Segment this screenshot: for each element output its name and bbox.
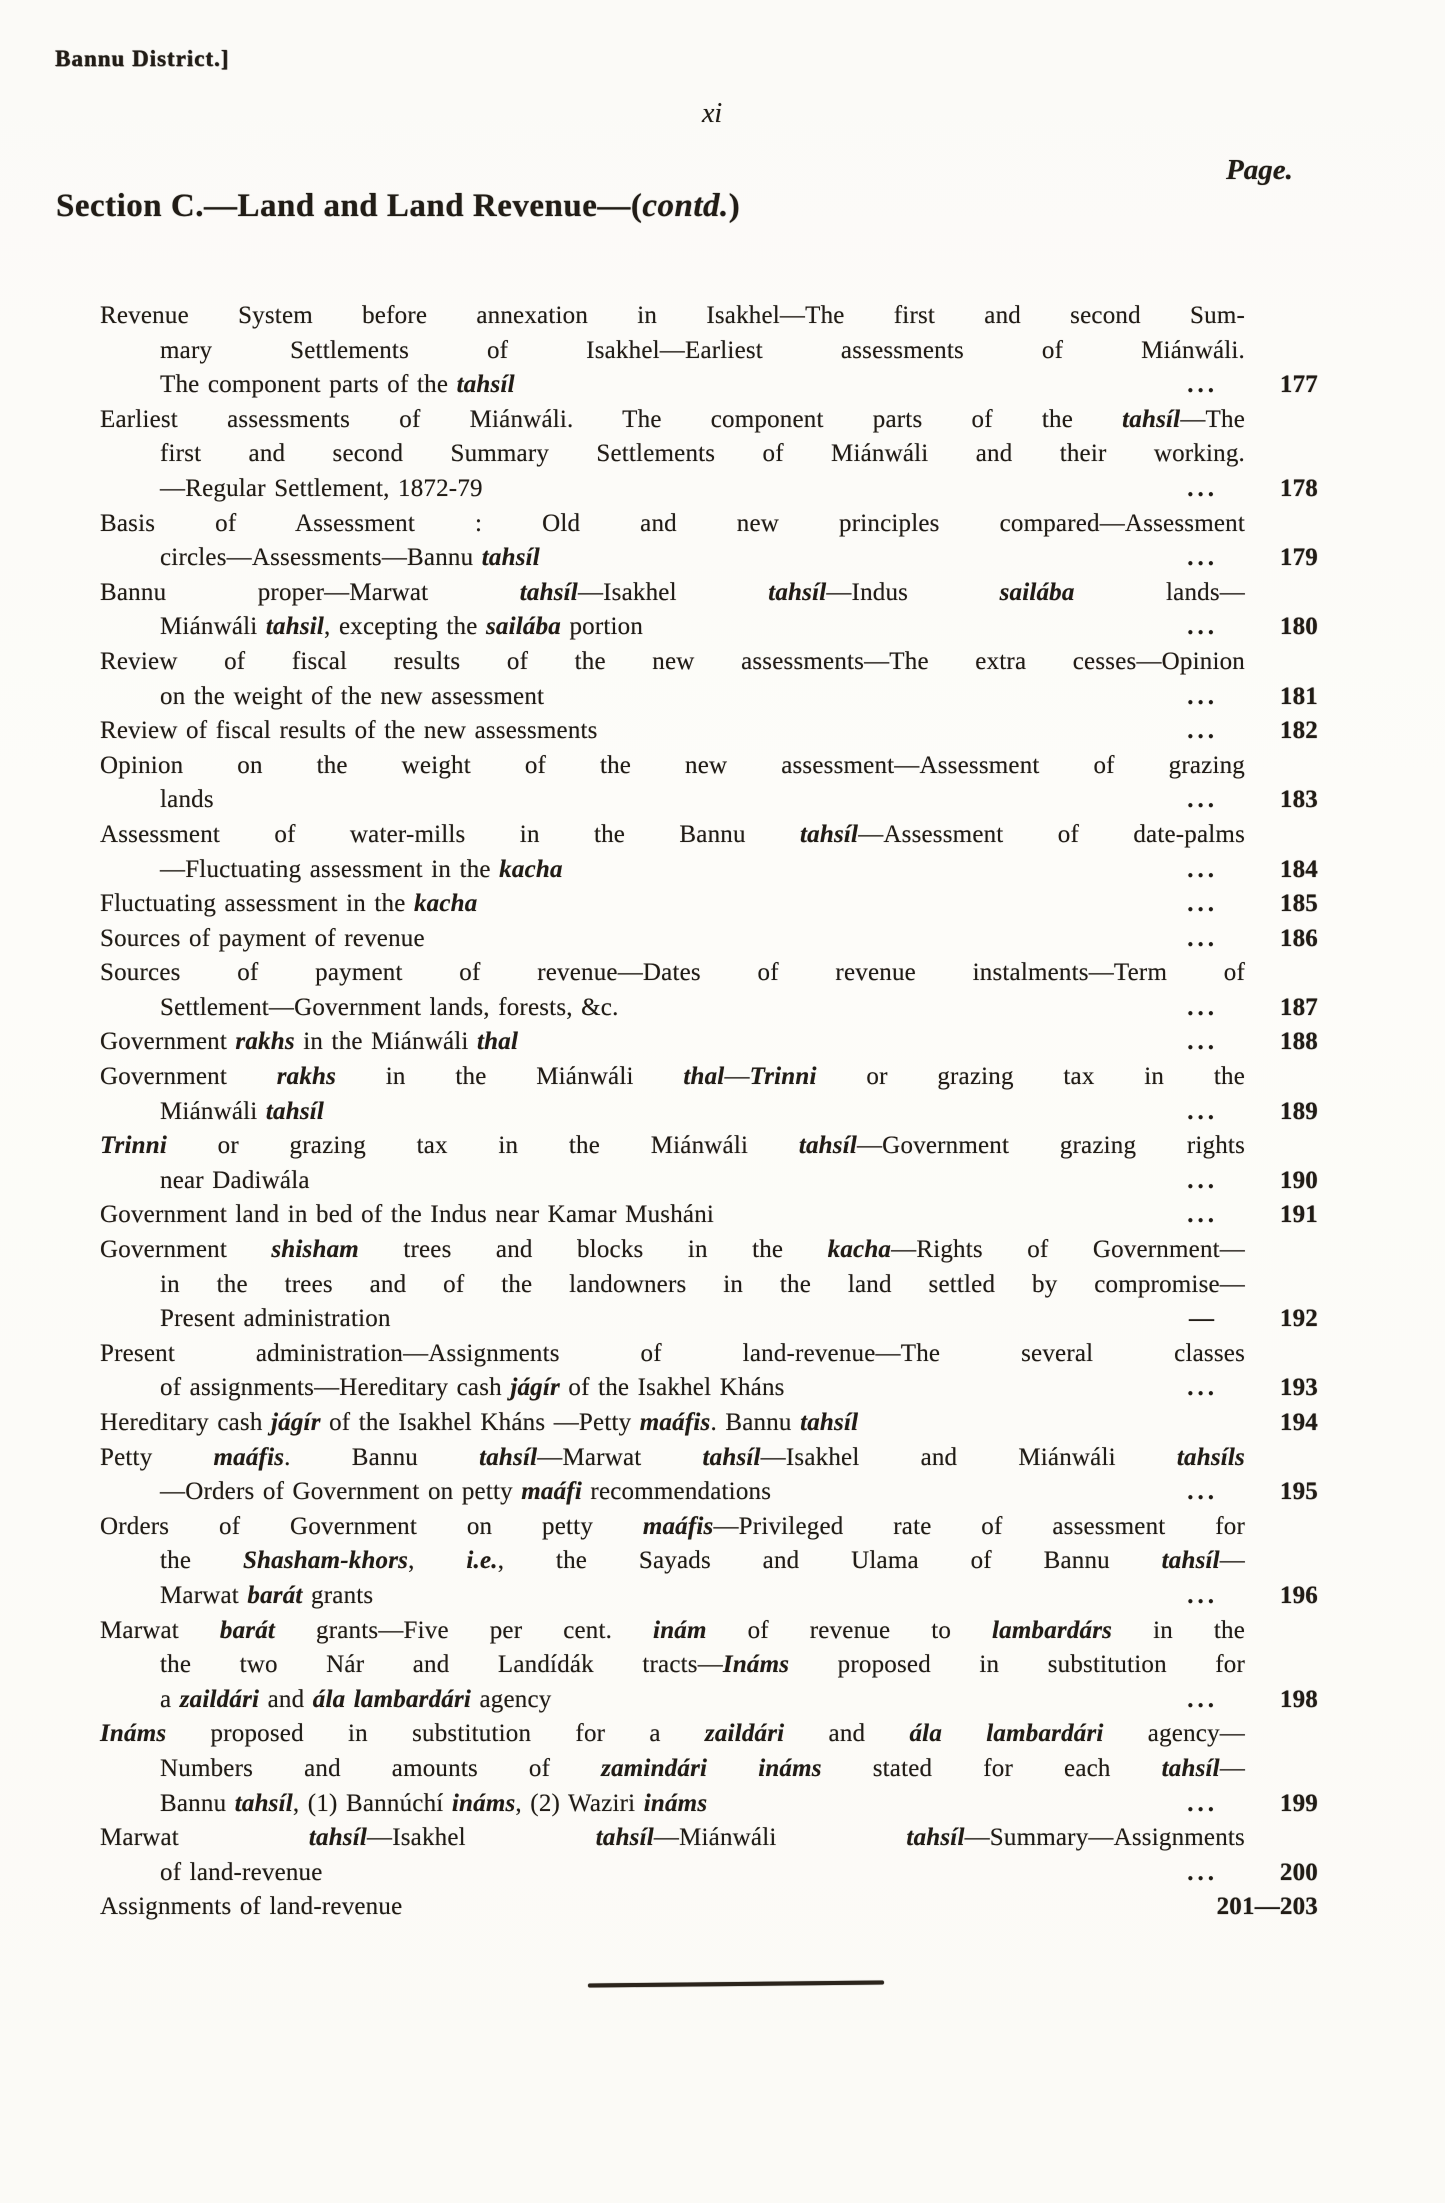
toc-entry-text: —Orders of Government on petty maáfi rec… <box>160 1475 771 1510</box>
toc-entry: Trinni or grazing tax in the Miánwáli ta… <box>100 1129 1318 1198</box>
toc-entry: Marwat barát grants—Five per cent. inám … <box>100 1614 1318 1718</box>
toc-entry-text: Hereditary cash jágír of the Isakhel Khá… <box>100 1406 858 1441</box>
toc-entry: Government rakhs in the Miánwáli thal...… <box>100 1025 1318 1060</box>
toc-entry: Opinion on the weight of the new assessm… <box>100 749 1318 818</box>
toc-line: a zaildári and ála lambardári agency...1… <box>100 1683 1318 1718</box>
toc-line: circles—Assessments—Bannu tahsíl...179 <box>100 541 1318 576</box>
toc-line: Review of fiscal results of the new asse… <box>100 645 1245 680</box>
toc-entry: Government land in bed of the Indus near… <box>100 1198 1318 1233</box>
toc-entry-text: near Dadiwála <box>160 1164 310 1199</box>
toc-line: on the weight of the new assessment...18… <box>100 680 1318 715</box>
toc-line: Hereditary cash jágír of the Isakhel Khá… <box>100 1406 1318 1441</box>
toc-entry: Earliest assessments of Miánwáli. The co… <box>100 403 1318 507</box>
page-number: 199 <box>1236 1787 1318 1822</box>
page-number: 190 <box>1236 1164 1318 1199</box>
section-heading: Section C.—Land and Land Revenue—(contd.… <box>56 188 740 225</box>
toc-line: Revenue System before annexation in Isak… <box>100 299 1245 334</box>
toc-entry-text: Present administration <box>160 1302 391 1337</box>
page-number: 186 <box>1236 922 1318 957</box>
toc-line: lands...183 <box>100 783 1318 818</box>
page-number: 178 <box>1236 472 1318 507</box>
dot-leader: ... <box>1187 922 1236 957</box>
toc-entry: Government shisham trees and blocks in t… <box>100 1233 1318 1337</box>
dot-leader: ... <box>1187 1371 1236 1406</box>
toc-line: of land-revenue...200 <box>100 1856 1318 1891</box>
toc-line: —Regular Settlement, 1872-79...178 <box>100 472 1318 507</box>
toc-entry-text: The component parts of the tahsíl <box>160 368 515 403</box>
table-of-contents: Revenue System before annexation in Isak… <box>100 299 1318 1925</box>
toc-line: Sources of payment of revenue—Dates of r… <box>100 956 1245 991</box>
toc-entry-text: on the weight of the new assessment <box>160 680 544 715</box>
toc-line: Government shisham trees and blocks in t… <box>100 1233 1245 1268</box>
toc-line: Marwat barát grants—Five per cent. inám … <box>100 1614 1245 1649</box>
toc-line: Government rakhs in the Miánwáli thal...… <box>100 1025 1318 1060</box>
toc-entry-text: a zaildári and ála lambardári agency <box>160 1683 552 1718</box>
page-number: 200 <box>1236 1856 1318 1891</box>
toc-entry: Assignments of land-revenue201—203 <box>100 1890 1318 1925</box>
dot-leader: ... <box>1187 887 1236 922</box>
toc-entry-text: Assignments of land-revenue <box>100 1890 402 1925</box>
toc-entry: Present administration—Assignments of la… <box>100 1337 1318 1406</box>
page-number: 181 <box>1236 680 1318 715</box>
toc-line: Miánwáli tahsil, excepting the sailába p… <box>100 610 1318 645</box>
page-number: 183 <box>1236 783 1318 818</box>
dot-leader: ... <box>1187 1683 1236 1718</box>
page-number: 184 <box>1236 853 1318 888</box>
toc-line: Marwat tahsíl—Isakhel tahsíl—Miánwáli ta… <box>100 1821 1245 1856</box>
toc-entry-text: of assignments—Hereditary cash jágír of … <box>160 1371 785 1406</box>
page-number: 195 <box>1236 1475 1318 1510</box>
toc-entry-text: circles—Assessments—Bannu tahsíl <box>160 541 540 576</box>
toc-line: Petty maáfis. Bannu tahsíl—Marwat tahsíl… <box>100 1441 1245 1476</box>
toc-line: Bannu tahsíl, (1) Bannúchí ináms, (2) Wa… <box>100 1787 1318 1822</box>
page-number: 191 <box>1236 1198 1318 1233</box>
toc-entry-text: Fluctuating assessment in the kacha <box>100 887 477 922</box>
toc-entry-text: Marwat barát grants <box>160 1579 373 1614</box>
toc-line: Basis of Assessment : Old and new princi… <box>100 507 1245 542</box>
toc-entry: Fluctuating assessment in the kacha...18… <box>100 887 1318 922</box>
page-number: 177 <box>1236 368 1318 403</box>
toc-entry: Revenue System before annexation in Isak… <box>100 299 1318 403</box>
toc-entry-text: lands <box>160 783 214 818</box>
toc-line: The component parts of the tahsíl...177 <box>100 368 1318 403</box>
toc-line: —Fluctuating assessment in the kacha...1… <box>100 853 1318 888</box>
toc-line: —Orders of Government on petty maáfi rec… <box>100 1475 1318 1510</box>
toc-line: of assignments—Hereditary cash jágír of … <box>100 1371 1318 1406</box>
page-number: 192 <box>1236 1302 1318 1337</box>
dot-leader: ... <box>1187 541 1236 576</box>
toc-line: Review of fiscal results of the new asse… <box>100 714 1318 749</box>
toc-line: near Dadiwála...190 <box>100 1164 1318 1199</box>
toc-entry: Basis of Assessment : Old and new princi… <box>100 507 1318 576</box>
toc-entry: Review of fiscal results of the new asse… <box>100 714 1318 749</box>
page-number: 193 <box>1236 1371 1318 1406</box>
toc-line: Ináms proposed in substitution for a zai… <box>100 1717 1245 1752</box>
page-number: 180 <box>1236 610 1318 645</box>
toc-line: Trinni or grazing tax in the Miánwáli ta… <box>100 1129 1245 1164</box>
bottom-rule <box>588 1980 884 1987</box>
toc-line: Fluctuating assessment in the kacha...18… <box>100 887 1318 922</box>
district-header-label: Bannu District.] <box>55 46 229 72</box>
toc-entry-text: Settlement—Government lands, forests, &c… <box>160 991 619 1026</box>
toc-entry-text: Miánwáli tahsíl <box>160 1095 324 1130</box>
toc-line: Marwat barát grants...196 <box>100 1579 1318 1614</box>
toc-entry-text: —Fluctuating assessment in the kacha <box>160 853 563 888</box>
page-number: 196 <box>1236 1579 1318 1614</box>
dot-leader: ... <box>1187 1025 1236 1060</box>
toc-entry-text: —Regular Settlement, 1872-79 <box>160 472 483 507</box>
dot-leader: ... <box>1187 680 1236 715</box>
dot-leader: — <box>1189 1302 1236 1337</box>
toc-entry-text: of land-revenue <box>160 1856 323 1891</box>
page-number: 187 <box>1236 991 1318 1026</box>
toc-entry: Sources of payment of revenue...186 <box>100 922 1318 957</box>
toc-line: Assessment of water-mills in the Bannu t… <box>100 818 1245 853</box>
toc-line: the Shasham-khors, i.e., the Sayads and … <box>100 1544 1245 1579</box>
dot-leader: ... <box>1187 610 1236 645</box>
scanned-page: Bannu District.] xi Page. Section C.—Lan… <box>0 0 1445 2203</box>
page-number: 189 <box>1236 1095 1318 1130</box>
toc-line: Numbers and amounts of zamindári ináms s… <box>100 1752 1245 1787</box>
toc-entry: Marwat tahsíl—Isakhel tahsíl—Miánwáli ta… <box>100 1821 1318 1890</box>
toc-entry: Review of fiscal results of the new asse… <box>100 645 1318 714</box>
page-number: 185 <box>1236 887 1318 922</box>
toc-line: Miánwáli tahsíl...189 <box>100 1095 1318 1130</box>
toc-entry-text: Review of fiscal results of the new asse… <box>100 714 598 749</box>
toc-entry: Petty maáfis. Bannu tahsíl—Marwat tahsíl… <box>100 1441 1318 1510</box>
toc-line: Sources of payment of revenue...186 <box>100 922 1318 957</box>
toc-entry-text: Government rakhs in the Miánwáli thal <box>100 1025 518 1060</box>
toc-line: mary Settlements of Isakhel—Earliest ass… <box>100 334 1245 369</box>
toc-entry-text: Sources of payment of revenue <box>100 922 425 957</box>
toc-entry: Ináms proposed in substitution for a zai… <box>100 1717 1318 1821</box>
dot-leader: ... <box>1187 714 1236 749</box>
dot-leader: ... <box>1187 368 1236 403</box>
page-column-label: Page. <box>1226 154 1293 187</box>
toc-line: Orders of Government on petty maáfis—Pri… <box>100 1510 1245 1545</box>
dot-leader: ... <box>1187 783 1236 818</box>
toc-line: Earliest assessments of Miánwáli. The co… <box>100 403 1245 438</box>
toc-line: the two Nár and Landídák tracts—Ináms pr… <box>100 1648 1245 1683</box>
toc-entry: Orders of Government on petty maáfis—Pri… <box>100 1510 1318 1614</box>
dot-leader: ... <box>1187 1095 1236 1130</box>
toc-entry-text: Bannu tahsíl, (1) Bannúchí ináms, (2) Wa… <box>160 1787 707 1822</box>
dot-leader: ... <box>1187 1198 1236 1233</box>
page-number: 179 <box>1236 541 1318 576</box>
toc-line: first and second Summary Settlements of … <box>100 437 1245 472</box>
toc-entry-text: Government land in bed of the Indus near… <box>100 1198 714 1233</box>
folio-roman-numeral: xi <box>702 98 722 130</box>
dot-leader: ... <box>1187 472 1236 507</box>
toc-line: Present administration—192 <box>100 1302 1318 1337</box>
page-number: 182 <box>1236 714 1318 749</box>
dot-leader: ... <box>1187 853 1236 888</box>
dot-leader: ... <box>1187 1164 1236 1199</box>
toc-entry: Assessment of water-mills in the Bannu t… <box>100 818 1318 887</box>
page-number: 188 <box>1236 1025 1318 1060</box>
page-number: 194 <box>1236 1406 1318 1441</box>
dot-leader: ... <box>1187 991 1236 1026</box>
dot-leader: ... <box>1187 1787 1236 1822</box>
dot-leader: ... <box>1187 1475 1236 1510</box>
toc-line: Government land in bed of the Indus near… <box>100 1198 1318 1233</box>
toc-line: Assignments of land-revenue201—203 <box>100 1890 1318 1925</box>
toc-line: Government rakhs in the Miánwáli thal—Tr… <box>100 1060 1245 1095</box>
toc-entry: Government rakhs in the Miánwáli thal—Tr… <box>100 1060 1318 1129</box>
toc-line: in the trees and of the landowners in th… <box>100 1268 1245 1303</box>
toc-line: Bannu proper—Marwat tahsíl—Isakhel tahsí… <box>100 576 1245 611</box>
toc-entry: Hereditary cash jágír of the Isakhel Khá… <box>100 1406 1318 1441</box>
toc-entry: Sources of payment of revenue—Dates of r… <box>100 956 1318 1025</box>
toc-entry: Bannu proper—Marwat tahsíl—Isakhel tahsí… <box>100 576 1318 645</box>
toc-line: Present administration—Assignments of la… <box>100 1337 1245 1372</box>
toc-line: Opinion on the weight of the new assessm… <box>100 749 1245 784</box>
dot-leader: ... <box>1187 1579 1236 1614</box>
page-number: 201—203 <box>1217 1890 1318 1925</box>
toc-entry-text: Miánwáli tahsil, excepting the sailába p… <box>160 610 643 645</box>
dot-leader: ... <box>1187 1856 1236 1891</box>
page-number: 198 <box>1236 1683 1318 1718</box>
toc-line: Settlement—Government lands, forests, &c… <box>100 991 1318 1026</box>
